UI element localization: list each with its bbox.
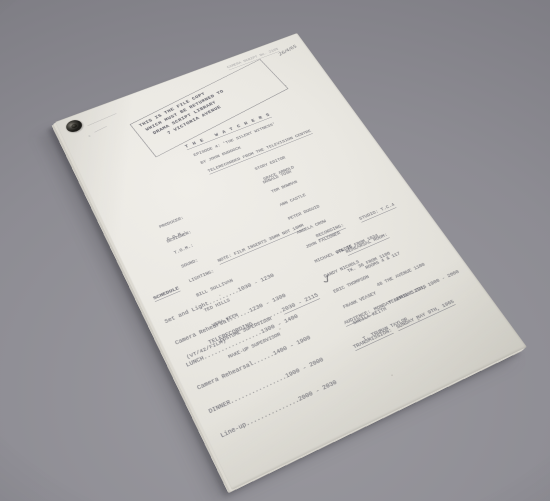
pencil-cross-mark: ×	[87, 134, 91, 139]
schedule-last-time: 2030 - 2115	[281, 293, 320, 315]
schedule-row: DINNER................1900 - 2000	[207, 356, 325, 416]
schedule-row: Line-up...............2000 - 2030	[219, 379, 339, 441]
studio-note: STUDIO: T.C.4	[358, 202, 396, 222]
typescript-layer: CAMERA SCRIPT No. 2165 26/4/65 × THIS IS…	[55, 33, 527, 490]
film-note-line: NOTE: FILM INSERTS 35MM NOT 16MM	[217, 223, 306, 264]
handwritten-date: 26/4/65	[277, 44, 297, 56]
library-stamp: THIS IS THE FILE COPY WHICH MUST BE RETU…	[130, 59, 289, 157]
photo-scene: CAMERA SCRIPT No. 2165 26/4/65 × THIS IS…	[0, 0, 550, 501]
paper-speck	[391, 374, 393, 376]
pencil-mark-short	[94, 126, 106, 132]
script-front-page: CAMERA SCRIPT No. 2165 26/4/65 × THIS IS…	[55, 33, 527, 490]
stamp-line-3: DRAMA SCRIPT LIBRARY	[151, 72, 271, 136]
pencil-mark	[88, 113, 117, 126]
